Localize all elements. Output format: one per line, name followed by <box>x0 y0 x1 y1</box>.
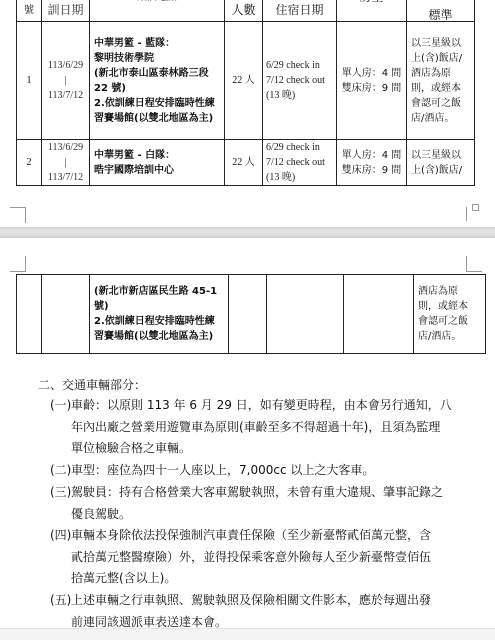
header-standard: 標準 <box>407 0 475 22</box>
header-training-dates: 訓日期 <box>42 0 90 22</box>
section-title: 二、交通車輛部分： <box>38 376 146 393</box>
item-line: 車齡：以原則 113 年 6 月 29 日，如有變更時程，由本會另行通知，八 <box>50 395 460 417</box>
row-no: 1 <box>17 22 42 140</box>
date-end: 113/7/12 <box>42 170 89 185</box>
item-line: 年內出廠之營業用遊覽車為原則(車齡至多不得超過十年)，且須為監理 <box>50 417 460 439</box>
room-type-cell <box>344 275 414 354</box>
item-line: 車輛本身除依法投保強制汽車責任保險（至少新臺幣貳佰萬元整，含 <box>50 525 460 547</box>
header-venue: 集訓地點 <box>90 0 225 22</box>
check-in: 6/29 check in <box>266 140 336 155</box>
venue-line: 2.依訓練日程安排臨時性練 <box>94 96 224 111</box>
item-label: (四) <box>50 525 71 547</box>
venue-line: 晧宇國際培訓中心 <box>94 163 224 178</box>
check-out: 7/12 check out <box>266 155 336 170</box>
venue-line: (新北市泰山區泰林路三段 <box>94 66 224 81</box>
margin-corner-mark-right <box>466 256 467 272</box>
date-start: 113/6/29 <box>42 58 89 73</box>
standard-line: 店/酒店。 <box>411 111 474 126</box>
venue-line: (新北市新店區民生路 45-1 <box>94 284 228 299</box>
item-label: (一) <box>50 395 71 417</box>
standard-line: 上(含)飯店/ <box>411 163 474 178</box>
list-item-1: (一) 車齡：以原則 113 年 6 月 29 日，如有變更時程，由本會另行通知… <box>50 395 460 460</box>
nights: (13 晚) <box>266 170 336 185</box>
stay-dates-cell: 6/29 check in 7/12 check out (13 晚) <box>263 22 337 140</box>
standard-line: 以三星級以 <box>411 36 474 51</box>
people-count <box>229 275 267 354</box>
table-resize-handle[interactable] <box>472 204 479 211</box>
table-row: 1 113/6/29 | 113/7/12 中華男籃 - 藍隊： 黎明技術學院 … <box>17 22 475 140</box>
item-line: 貳拾萬元整醫療險）外，並得投保乘客意外險每人至少新臺幣壹佰伍 <box>50 547 460 569</box>
page-break-gap <box>0 227 495 238</box>
list-item-2: (二) 車型：座位為四十一人座以上，7,000cc 以上之大客車。 <box>50 460 460 482</box>
table-header-row: 號 訓日期 集訓地點 人數 住宿日期 房型 標準 <box>17 0 475 22</box>
date-separator: | <box>42 73 89 88</box>
accommodation-table-continued: (新北市新店區民生路 45-1 號) 2.依訓練日程安排臨時性練 習賽場館(以雙… <box>16 274 486 354</box>
margin-corner-mark-right <box>466 207 467 221</box>
training-date-range <box>42 275 90 354</box>
row-no: 2 <box>17 140 42 186</box>
standard-cell: 酒店為原 則，或經本 會認可之飯 店/酒店。 <box>414 275 486 354</box>
standard-line: 酒店為原 <box>418 284 485 299</box>
venue-line: 中華男籃 - 白隊： <box>94 148 224 163</box>
venue-cell: 中華男籃 - 藍隊： 黎明技術學院 (新北市泰山區泰林路三段 22 號) 2.依… <box>90 22 225 140</box>
table-row-continued: (新北市新店區民生路 45-1 號) 2.依訓練日程安排臨時性練 習賽場館(以雙… <box>17 275 486 354</box>
item-line: 上述車輛之行車執照、駕駛執照及保險相關文件影本，應於每週出發 <box>50 590 460 612</box>
check-out: 7/12 check out <box>266 73 336 88</box>
nights: (13 晚) <box>266 88 336 103</box>
venue-line: 中華男籃 - 藍隊： <box>94 36 224 51</box>
standard-cell: 以三星級以 上(含)飯店/ <box>407 140 475 186</box>
twin-rooms: 雙床房：9 間 <box>337 163 406 178</box>
margin-corner-mark-left <box>10 271 26 272</box>
single-rooms: 單人房：4 間 <box>337 148 406 163</box>
standard-line: 則，或經本 <box>418 299 485 314</box>
standard-line: 上(含)飯店/ <box>411 51 474 66</box>
standard-line: 會認可之飯 <box>411 96 474 111</box>
list-item-3: (三) 駕駛員：持有合格營業大客車駕駛執照，未曾有重大違規、肇事記錄之 優良駕駛… <box>50 482 460 525</box>
accommodation-table: 號 訓日期 集訓地點 人數 住宿日期 房型 標準 1 113/6/29 | 11… <box>16 0 475 186</box>
document-page-1: 號 訓日期 集訓地點 人數 住宿日期 房型 標準 1 113/6/29 | 11… <box>0 0 495 227</box>
training-date-range: 113/6/29 | 113/7/12 <box>42 140 90 186</box>
item-line: 拾萬元整(含以上)。 <box>50 568 460 590</box>
room-type-cell: 單人房：4 間 雙床房：9 間 <box>337 22 407 140</box>
list-item-5: (五) 上述車輛之行車執照、駕駛執照及保險相關文件影本，應於每週出發 前連同該週… <box>50 590 460 633</box>
training-date-range: 113/6/29 | 113/7/12 <box>42 22 90 140</box>
venue-line: 黎明技術學院 <box>94 51 224 66</box>
header-people: 人數 <box>225 0 263 22</box>
item-line: 優良駕駛。 <box>50 504 460 526</box>
standard-cell: 以三星級以 上(含)飯店/ 酒店為原 則，或經本 會認可之飯 店/酒店。 <box>407 22 475 140</box>
header-room-type: 房型 <box>337 0 407 22</box>
table-row: 2 113/6/29 | 113/7/12 中華男籃 - 白隊： 晧宇國際培訓中… <box>17 140 475 186</box>
window-bottom-edge <box>0 628 495 640</box>
venue-line: 習賽場館(以雙北地區為主) <box>94 111 224 126</box>
people-count: 22 人 <box>225 140 263 186</box>
date-start: 113/6/29 <box>42 140 89 155</box>
venue-line: 22 號) <box>94 81 224 96</box>
standard-line: 酒店為原 <box>411 66 474 81</box>
date-separator: | <box>42 155 89 170</box>
item-label: (五) <box>50 590 71 612</box>
margin-corner-mark-left <box>25 256 26 272</box>
item-line: 車型：座位為四十一人座以上，7,000cc 以上之大客車。 <box>50 460 460 482</box>
twin-rooms: 雙床房：9 間 <box>337 81 406 96</box>
venue-line: 2.依訓練日程安排臨時性練 <box>94 314 228 329</box>
standard-line: 會認可之飯 <box>418 314 485 329</box>
standard-line: 則，或經本 <box>411 81 474 96</box>
item-label: (三) <box>50 482 71 504</box>
room-type-cell: 單人房：4 間 雙床房：9 間 <box>337 140 407 186</box>
standard-line: 店/酒店。 <box>418 329 485 344</box>
venue-line: 習賽場館(以雙北地區為主) <box>94 329 228 344</box>
margin-corner-mark-right <box>466 271 482 272</box>
margin-corner-mark-left <box>25 207 26 223</box>
venue-cell: 中華男籃 - 白隊： 晧宇國際培訓中心 <box>90 140 225 186</box>
standard-line: 以三星級以 <box>411 148 474 163</box>
list-item-4: (四) 車輛本身除依法投保強制汽車責任保險（至少新臺幣貳佰萬元整，含 貳拾萬元整… <box>50 525 460 590</box>
date-end: 113/7/12 <box>42 88 89 103</box>
venue-cell: (新北市新店區民生路 45-1 號) 2.依訓練日程安排臨時性練 習賽場館(以雙… <box>90 275 229 354</box>
people-count: 22 人 <box>225 22 263 140</box>
stay-dates-cell: 6/29 check in 7/12 check out (13 晚) <box>263 140 337 186</box>
item-line: 駕駛員：持有合格營業大客車駕駛執照，未曾有重大違規、肇事記錄之 <box>50 482 460 504</box>
single-rooms: 單人房：4 間 <box>337 66 406 81</box>
margin-corner-mark-left <box>10 207 26 208</box>
item-label: (二) <box>50 460 71 482</box>
row-no <box>17 275 42 354</box>
stay-dates-cell <box>267 275 344 354</box>
header-stay-dates: 住宿日期 <box>263 0 337 22</box>
check-in: 6/29 check in <box>266 58 336 73</box>
venue-line: 號) <box>94 299 228 314</box>
header-no: 號 <box>17 0 42 22</box>
item-line: 單位檢驗合格之車輛。 <box>50 438 460 460</box>
